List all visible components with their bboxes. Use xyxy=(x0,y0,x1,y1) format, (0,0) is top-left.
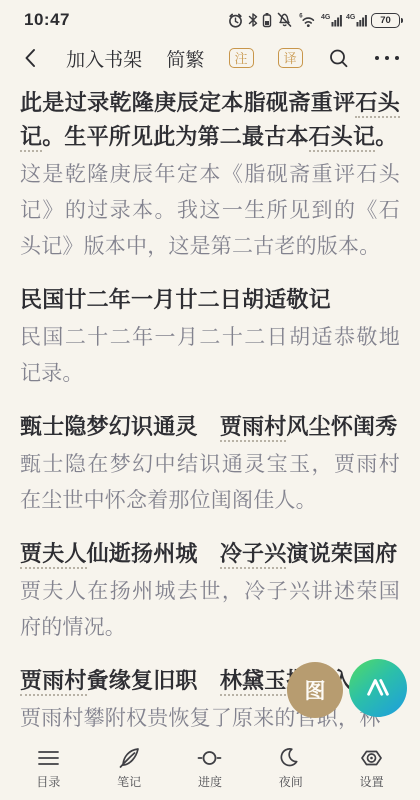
paragraph-original: 甄士隐梦幻识通灵 贾雨村风尘怀闺秀 xyxy=(20,410,400,444)
ellipsis-icon xyxy=(374,54,400,62)
wifi-6-icon: 6 xyxy=(297,12,317,28)
reading-area: 此是过录乾隆庚辰定本脂砚斋重评石头记。生平所见此为第二最古本石头记。这是乾隆庚辰… xyxy=(0,82,420,738)
text-segment: 仙逝扬州城 xyxy=(87,541,220,566)
bottom-toolbar: 目录 笔记 进度 夜间 xyxy=(0,738,420,800)
svg-text:6: 6 xyxy=(299,14,303,20)
paragraph-translation: 甄士隐在梦幻中结识通灵宝玉，贾雨村在尘世中怀念着那位闺阁佳人。 xyxy=(20,447,400,519)
annotated-term[interactable]: 贾夫人 xyxy=(20,541,87,569)
annotation-toggle-badge[interactable]: 注 xyxy=(229,48,254,68)
toolbar-item-progress[interactable]: 进度 xyxy=(180,745,240,790)
toolbar-item-notes[interactable]: 笔记 xyxy=(99,745,159,790)
paragraph-original: 贾雨村夤缘复旧职 林黛玉抛父入京都 xyxy=(20,664,400,698)
battery-percent: 70 xyxy=(380,15,391,26)
device-battery-icon xyxy=(262,12,272,28)
toolbar-item-night[interactable]: 夜间 xyxy=(261,745,321,790)
ai-logo-icon xyxy=(363,673,393,703)
text-segment: 甄士隐在梦幻中结识通灵宝玉，贾雨村在尘世中怀念着那位闺阁佳人。 xyxy=(20,453,400,512)
progress-icon xyxy=(196,745,223,771)
paragraph-translation: 贾夫人在扬州城去世，冷子兴讲述荣国府的情况。 xyxy=(20,574,400,646)
search-button[interactable] xyxy=(327,47,350,70)
battery-icon: 70 xyxy=(371,13,400,28)
annotated-term[interactable]: 林黛玉 xyxy=(220,668,287,696)
text-segment: 贾夫人在扬州城去世，冷子兴讲述荣国府的情况。 xyxy=(20,580,400,639)
toolbar-label: 进度 xyxy=(198,773,222,790)
toc-icon xyxy=(35,745,62,771)
back-button[interactable] xyxy=(20,47,42,69)
add-to-shelf-button[interactable]: 加入书架 xyxy=(66,45,142,72)
svg-text:4G: 4G xyxy=(346,14,356,21)
annotated-term[interactable]: 冷子兴 xyxy=(220,541,287,569)
paragraph-translation: 贾雨村攀附权贵恢复了原来的官职，林 xyxy=(20,701,400,737)
paragraph-translation: 这是乾隆庚辰年定本《脂砚斋重评石头记》的过录本。我这一生所见到的《石头记》版本中… xyxy=(20,157,400,265)
text-segment: 此是过录乾隆庚辰定本脂砚斋重评 xyxy=(20,90,355,115)
more-button[interactable] xyxy=(374,54,400,62)
mute-icon xyxy=(276,12,293,28)
nav-bar: 加入书架 简繁 注 译 xyxy=(0,34,420,82)
paragraph-original: 贾夫人仙逝扬州城 冷子兴演说荣国府 xyxy=(20,537,400,571)
toolbar-item-settings[interactable]: 设置 xyxy=(342,745,402,790)
image-mode-label: 图 xyxy=(305,675,326,705)
toolbar-label: 设置 xyxy=(360,773,384,790)
annotated-term[interactable]: 贾雨村 xyxy=(220,414,287,442)
paragraph-translation: 民国二十二年一月二十二日胡适恭敬地记录。 xyxy=(20,320,400,392)
text-segment: 夤缘复旧职 xyxy=(87,668,220,693)
search-icon xyxy=(327,47,350,70)
text-segment: 甄士隐梦幻识通灵 xyxy=(20,414,220,439)
chevron-left-icon xyxy=(20,47,42,69)
text-segment: 。 xyxy=(375,124,397,149)
annotated-term[interactable]: 石头记 xyxy=(309,124,376,152)
toolbar-label: 夜间 xyxy=(279,773,303,790)
text-segment: 民国二十二年一月二十二日胡适恭敬地记录。 xyxy=(20,326,400,385)
text-segment: 民国廿二年一月廿二日胡适敬记 xyxy=(20,287,331,312)
alarm-icon xyxy=(227,12,244,29)
notes-icon xyxy=(116,745,143,771)
status-icons: 6 4G 4G 70 xyxy=(227,12,400,29)
paragraph-original: 此是过录乾隆庚辰定本脂砚斋重评石头记。生平所见此为第二最古本石头记。 xyxy=(20,86,400,154)
bluetooth-icon xyxy=(248,12,258,28)
paragraph-original: 民国廿二年一月廿二日胡适敬记 xyxy=(20,283,400,317)
signal-4g-icon: 4G xyxy=(346,12,367,28)
ai-assistant-button[interactable] xyxy=(349,659,407,717)
clock: 10:47 xyxy=(24,10,70,30)
image-mode-button[interactable]: 图 xyxy=(287,662,343,718)
settings-icon xyxy=(358,745,385,771)
svg-text:4G: 4G xyxy=(321,14,331,21)
text-segment: 这是乾隆庚辰年定本《脂砚斋重评石头记》的过录本。我这一生所见到的《石头记》版本中… xyxy=(20,163,400,258)
toolbar-label: 目录 xyxy=(36,773,60,790)
text-segment: 演说荣国府 xyxy=(286,541,397,566)
simplified-traditional-toggle[interactable]: 简繁 xyxy=(166,45,204,72)
toolbar-label: 笔记 xyxy=(117,773,141,790)
status-bar: 10:47 6 xyxy=(0,0,420,34)
toolbar-item-toc[interactable]: 目录 xyxy=(18,745,78,790)
text-segment: 。生平所见此为第二最古本 xyxy=(42,124,308,149)
signal-4g-icon: 4G xyxy=(321,12,342,28)
night-mode-icon xyxy=(277,745,304,771)
text-segment: 风尘怀闺秀 xyxy=(286,414,397,439)
translation-toggle-badge[interactable]: 译 xyxy=(278,48,303,68)
reader-app: 10:47 6 xyxy=(0,0,420,800)
annotated-term[interactable]: 贾雨村 xyxy=(20,668,87,696)
